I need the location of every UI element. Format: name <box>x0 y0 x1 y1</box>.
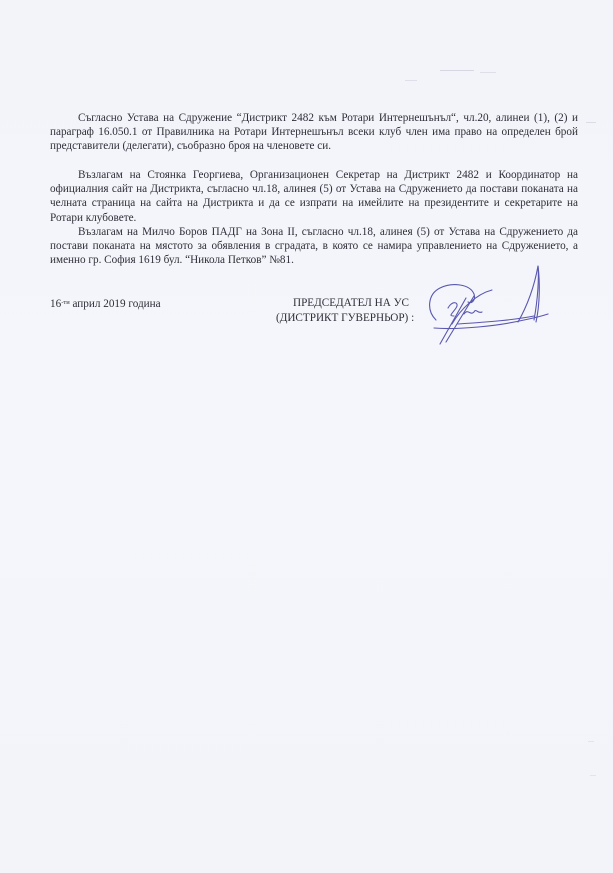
date-rest: април 2019 година <box>72 298 160 310</box>
scan-speck <box>586 122 596 123</box>
signatory-title: ПРЕДСЕДАТЕЛ НА УС <box>284 296 418 311</box>
paragraph-assignment-secretary: Възлагам на Стоянка Георгиева, Организац… <box>50 168 578 225</box>
scan-speck <box>590 775 596 776</box>
date-ordinal-suffix: -ти <box>61 299 69 306</box>
signatory-role: (ДИСТРИКТ ГУВЕРНЬОР) : <box>276 311 418 326</box>
handwritten-signature-icon <box>418 258 558 353</box>
paragraph-text: Възлагам на Стоянка Георгиева, Организац… <box>50 168 578 225</box>
scan-speck <box>440 70 474 71</box>
scan-speck <box>480 72 496 73</box>
paragraph-statute-reference: Съгласно Устава на Сдружение “Дистрикт 2… <box>50 111 578 154</box>
scan-speck <box>588 741 594 742</box>
signatory-block: ПРЕДСЕДАТЕЛ НА УС (ДИСТРИКТ ГУВЕРНЬОР) : <box>278 296 418 325</box>
date-day: 16 <box>50 298 61 310</box>
paragraph-text: Съгласно Устава на Сдружение “Дистрикт 2… <box>50 111 578 154</box>
scanned-document-page: Съгласно Устава на Сдружение “Дистрикт 2… <box>0 0 613 873</box>
document-date: 16-ти април 2019 година <box>50 296 161 311</box>
scan-speck <box>405 80 417 81</box>
